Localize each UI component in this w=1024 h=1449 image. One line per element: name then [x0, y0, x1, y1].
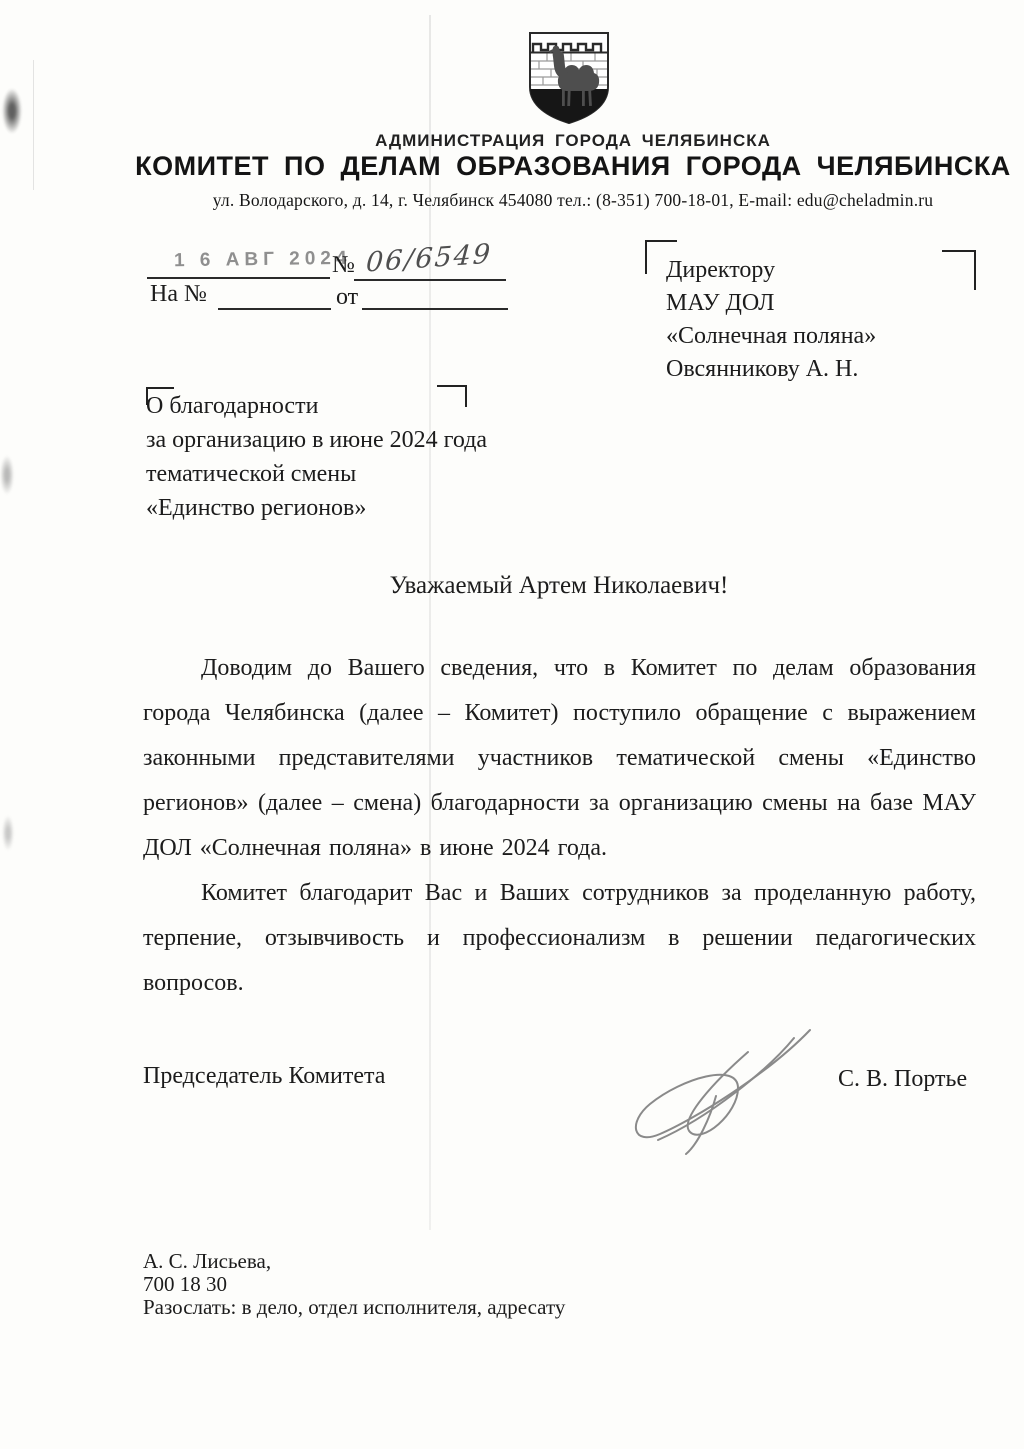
reply-date-underline	[362, 308, 508, 310]
handwritten-outgoing-number: 06/6549	[365, 238, 493, 278]
scan-smudge-artifact	[2, 88, 22, 134]
scan-smudge-artifact	[2, 815, 14, 851]
signer-name: С. В. Портье	[838, 1066, 967, 1093]
organization-address-line: ул. Володарского, д. 14, г. Челябинск 45…	[143, 190, 1003, 211]
number-underline	[354, 279, 506, 281]
subject-line: «Единство регионов»	[146, 491, 487, 525]
reply-from-date-label: от	[336, 284, 358, 311]
organization-name-line2: КОМИТЕТ ПО ДЕЛАМ ОБРАЗОВАНИЯ ГОРОДА ЧЕЛЯ…	[100, 151, 1024, 182]
chelyabinsk-coat-of-arms-icon	[527, 30, 611, 129]
addressee-corner-mark-right	[942, 250, 976, 290]
date-underline	[147, 277, 330, 279]
scanned-letter-page: АДМИНИСТРАЦИЯ ГОРОДА ЧЕЛЯБИНСКА КОМИТЕТ …	[0, 0, 1024, 1449]
executor-footer: А. С. Лисьева, 700 18 30 Разослать: в де…	[143, 1250, 565, 1319]
organization-name-line1: АДМИНИСТРАЦИЯ ГОРОДА ЧЕЛЯБИНСКА	[143, 131, 1003, 151]
executor-name: А. С. Лисьева,	[143, 1250, 565, 1273]
reply-number-underline	[218, 308, 331, 310]
signer-position-title: Председатель Комитета	[143, 1063, 385, 1090]
letter-body: Доводим до Вашего сведения, что в Комите…	[143, 646, 976, 1006]
number-sign-label: №	[332, 252, 355, 279]
body-paragraph: Доводим до Вашего сведения, что в Комите…	[143, 646, 976, 871]
handwritten-signature-icon	[598, 1022, 848, 1162]
subject-line: за организацию в июне 2024 года	[146, 423, 487, 457]
registration-date-stamp: 1 6 АВГ 2024	[174, 248, 352, 272]
subject-line: тематической смены	[146, 457, 487, 491]
addressee-block: Директору МАУ ДОЛ «Солнечная поляна» Овс…	[666, 254, 876, 386]
body-paragraph: Комитет благодарит Вас и Ваших сотрудник…	[143, 871, 976, 1006]
subject-line: О благодарности	[146, 389, 487, 423]
salutation: Уважаемый Артем Николаевич!	[143, 572, 975, 600]
distribution-note: Разослать: в дело, отдел исполнителя, ад…	[143, 1296, 565, 1319]
scan-smudge-artifact	[0, 455, 14, 495]
executor-phone: 700 18 30	[143, 1273, 565, 1296]
reply-to-number-label: На №	[150, 281, 207, 308]
scan-edge-artifact	[33, 60, 34, 190]
addressee-line: «Солнечная поляна»	[666, 320, 876, 353]
addressee-line: Овсянникову А. Н.	[666, 353, 876, 386]
addressee-line: Директору	[666, 254, 876, 287]
addressee-line: МАУ ДОЛ	[666, 287, 876, 320]
subject-block: О благодарности за организацию в июне 20…	[146, 389, 487, 525]
